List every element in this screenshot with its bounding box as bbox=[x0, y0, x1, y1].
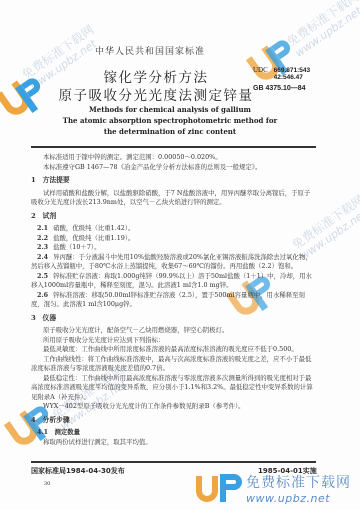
instrument-para: 所用原子吸收分光光度计应达到下列指标： bbox=[31, 336, 316, 346]
section-4-title: 4 分析步骤 bbox=[31, 416, 316, 426]
section-1-title: 1 方法提要 bbox=[31, 176, 316, 186]
section-4-1-text: 称取两份试样进行测定，取其平均值。 bbox=[31, 438, 316, 448]
section-1-text: 试样用硝酸和盐酸分解，以盐酸驱除硝酸，于7 N盐酸溶液中，用异丙醚萃取分离镓后，… bbox=[31, 189, 316, 208]
reagent-item: 2.1硝酸，优级纯（比重1.42）。 bbox=[31, 224, 316, 234]
reagent-item: 2.4异丙醚：于分液漏斗中先用10%盐酸羟胺溶液或20%氯化亚锡溶液振荡洗涤除去… bbox=[31, 253, 316, 272]
brand-logo-u-icon bbox=[196, 476, 218, 502]
reagent-item: 2.6锌标准溶液：移取50.00ml锌标准贮存溶液（2.5），置于500ml容量… bbox=[31, 291, 316, 310]
udc-code: UDC 669.871:543 42:546.47 bbox=[253, 67, 310, 81]
watermark-text-topright: 免费标准下载网 www.upbz.net bbox=[285, 0, 360, 60]
intro-scope: 本标准适用于镓中锌的测定。测定范围：0.00050～0.020%。 bbox=[31, 153, 316, 163]
instrument-para: 原子吸收分光光度计，配备空气－乙炔用燃烧器，锌空心阴极灯。 bbox=[31, 326, 316, 336]
gb-number: GB 4375.10—84 bbox=[253, 85, 306, 92]
reagent-item: 2.5锌标准贮存溶液：称取1.000g纯锌（99.9%以上）溶于50ml盐酸（1… bbox=[31, 272, 316, 291]
brand-watermark: 免费标准下载网 www.upbz.net bbox=[246, 472, 351, 505]
page-number: 30 bbox=[44, 481, 50, 487]
header-divider bbox=[31, 146, 316, 148]
reagent-item: 2.2盐酸，优级纯（比重1.19）。 bbox=[31, 234, 316, 244]
section-2-title: 2 试剂 bbox=[31, 212, 316, 222]
brand-logo-p-icon bbox=[220, 474, 240, 502]
instrument-para: 最低灵敏度：工作曲线中所用浓度标准溶液的最高浓度标准溶液的吸光度应不低于0.50… bbox=[31, 345, 316, 355]
reagent-item: 2.3盐酸（10＋7）。 bbox=[31, 243, 316, 253]
footer-divider bbox=[31, 461, 316, 463]
title-en: Methods for chemical analysis of gallium… bbox=[20, 104, 320, 137]
instrument-para: WYX－402型原子吸收分光光度计的工作条件参数见附录B（参考件）。 bbox=[31, 402, 316, 412]
issue-date: 国家标准局1984-04-30发布 bbox=[31, 466, 125, 476]
intro-compliance: 本标准遵守GB 1467—78《冶金产品化学分析方法标准的总则及一般规定》。 bbox=[31, 163, 316, 173]
document-body: 本标准适用于镓中锌的测定。测定范围：0.00050～0.020%。 本标准遵守G… bbox=[31, 153, 316, 447]
country-header: 中华人民共和国国家标准 bbox=[95, 44, 205, 57]
instrument-para: 工作曲线线性：将工作曲线标准溶液中，最高与次高浓度标准溶液的吸光度之差，应不小于… bbox=[31, 355, 316, 374]
section-4-1-title: 4.1 测定数量 bbox=[31, 428, 316, 438]
instrument-para: 最低稳定性：工作曲线中所用最高浓度标准溶液与零浓度溶液多次测量所得到的吸光度相对… bbox=[31, 374, 316, 403]
section-3-title: 3 仪器 bbox=[31, 314, 316, 324]
